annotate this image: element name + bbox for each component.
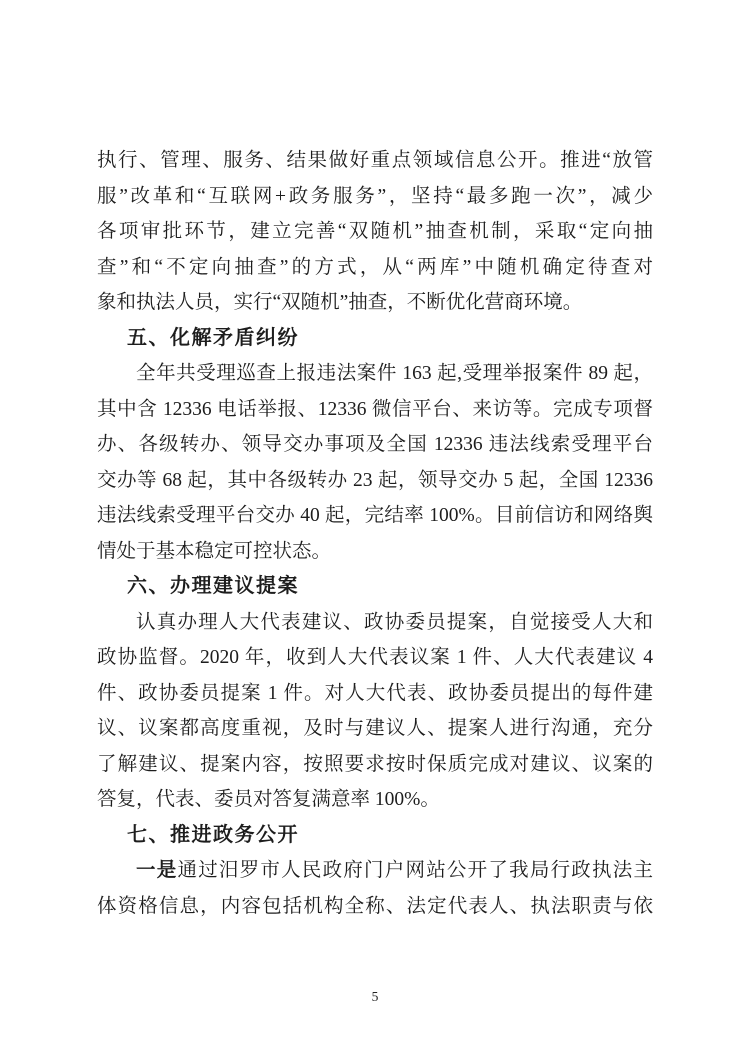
section-paragraph-5: 全年共受理巡查上报违法案件 163 起,受理举报案件 89 起， 其中含 123… <box>97 356 653 569</box>
text-line: 服”改革和“互联网+政务服务”，坚持“最多跑一次”，减少 <box>97 179 653 215</box>
text-line: 件、政协委员提案 1 件。对人大代表、政协委员提出的每件建 <box>97 676 653 712</box>
text-line: 体资格信息，内容包括机构全称、法定代表人、执法职责与依 <box>97 889 653 925</box>
continued-paragraph: 执行、管理、服务、结果做好重点领域信息公开。推进“放管 服”改革和“互联网+政务… <box>97 143 653 321</box>
text-line: 象和执法人员，实行“双随机”抽查，不断优化营商环境。 <box>97 285 653 321</box>
text-line: 一是通过汨罗市人民政府门户网站公开了我局行政执法主 <box>97 853 653 889</box>
section-paragraph-6: 认真办理人大代表建议、政协委员提案，自觉接受人大和 政协监督。2020 年，收到… <box>97 605 653 818</box>
text-line: 答复，代表、委员对答复满意率 100%。 <box>97 782 653 818</box>
text-line: 办、各级转办、领导交办事项及全国 12336 违法线索受理平台 <box>97 427 653 463</box>
text-line: 查”和“不定向抽查”的方式，从“两库”中随机确定待查对 <box>97 250 653 286</box>
text-line: 交办等 68 起，其中各级转办 23 起，领导交办 5 起，全国 12336 <box>97 463 653 499</box>
text-line: 全年共受理巡查上报违法案件 163 起,受理举报案件 89 起， <box>97 356 653 392</box>
text-line: 认真办理人大代表建议、政协委员提案，自觉接受人大和 <box>97 605 653 641</box>
text-line: 情处于基本稳定可控状态。 <box>97 534 653 570</box>
document-body: 执行、管理、服务、结果做好重点领域信息公开。推进“放管 服”改革和“互联网+政务… <box>97 143 653 924</box>
text-line: 政协监督。2020 年，收到人大代表议案 1 件、人大代表建议 4 <box>97 640 653 676</box>
section-paragraph-7: 一是通过汨罗市人民政府门户网站公开了我局行政执法主 体资格信息，内容包括机构全称… <box>97 853 653 924</box>
lead-line-rest: 通过汨罗市人民政府门户网站公开了我局行政执法主 <box>177 860 653 881</box>
page-number: 5 <box>0 989 750 1005</box>
text-line: 各项审批环节，建立完善“双随机”抽查机制，采取“定向抽 <box>97 214 653 250</box>
bold-lead: 一是 <box>136 859 177 881</box>
text-line: 执行、管理、服务、结果做好重点领域信息公开。推进“放管 <box>97 143 653 179</box>
section-heading-5: 五、化解矛盾纠纷 <box>97 321 653 357</box>
text-line: 违法线索受理平台交办 40 起，完结率 100%。目前信访和网络舆 <box>97 498 653 534</box>
section-heading-7: 七、推进政务公开 <box>97 818 653 854</box>
document-page: 执行、管理、服务、结果做好重点领域信息公开。推进“放管 服”改革和“互联网+政务… <box>0 0 750 1060</box>
text-line: 其中含 12336 电话举报、12336 微信平台、来访等。完成专项督 <box>97 392 653 428</box>
text-line: 了解建议、提案内容，按照要求按时保质完成对建议、议案的 <box>97 747 653 783</box>
text-line: 议、议案都高度重视，及时与建议人、提案人进行沟通，充分 <box>97 711 653 747</box>
section-heading-6: 六、办理建议提案 <box>97 569 653 605</box>
